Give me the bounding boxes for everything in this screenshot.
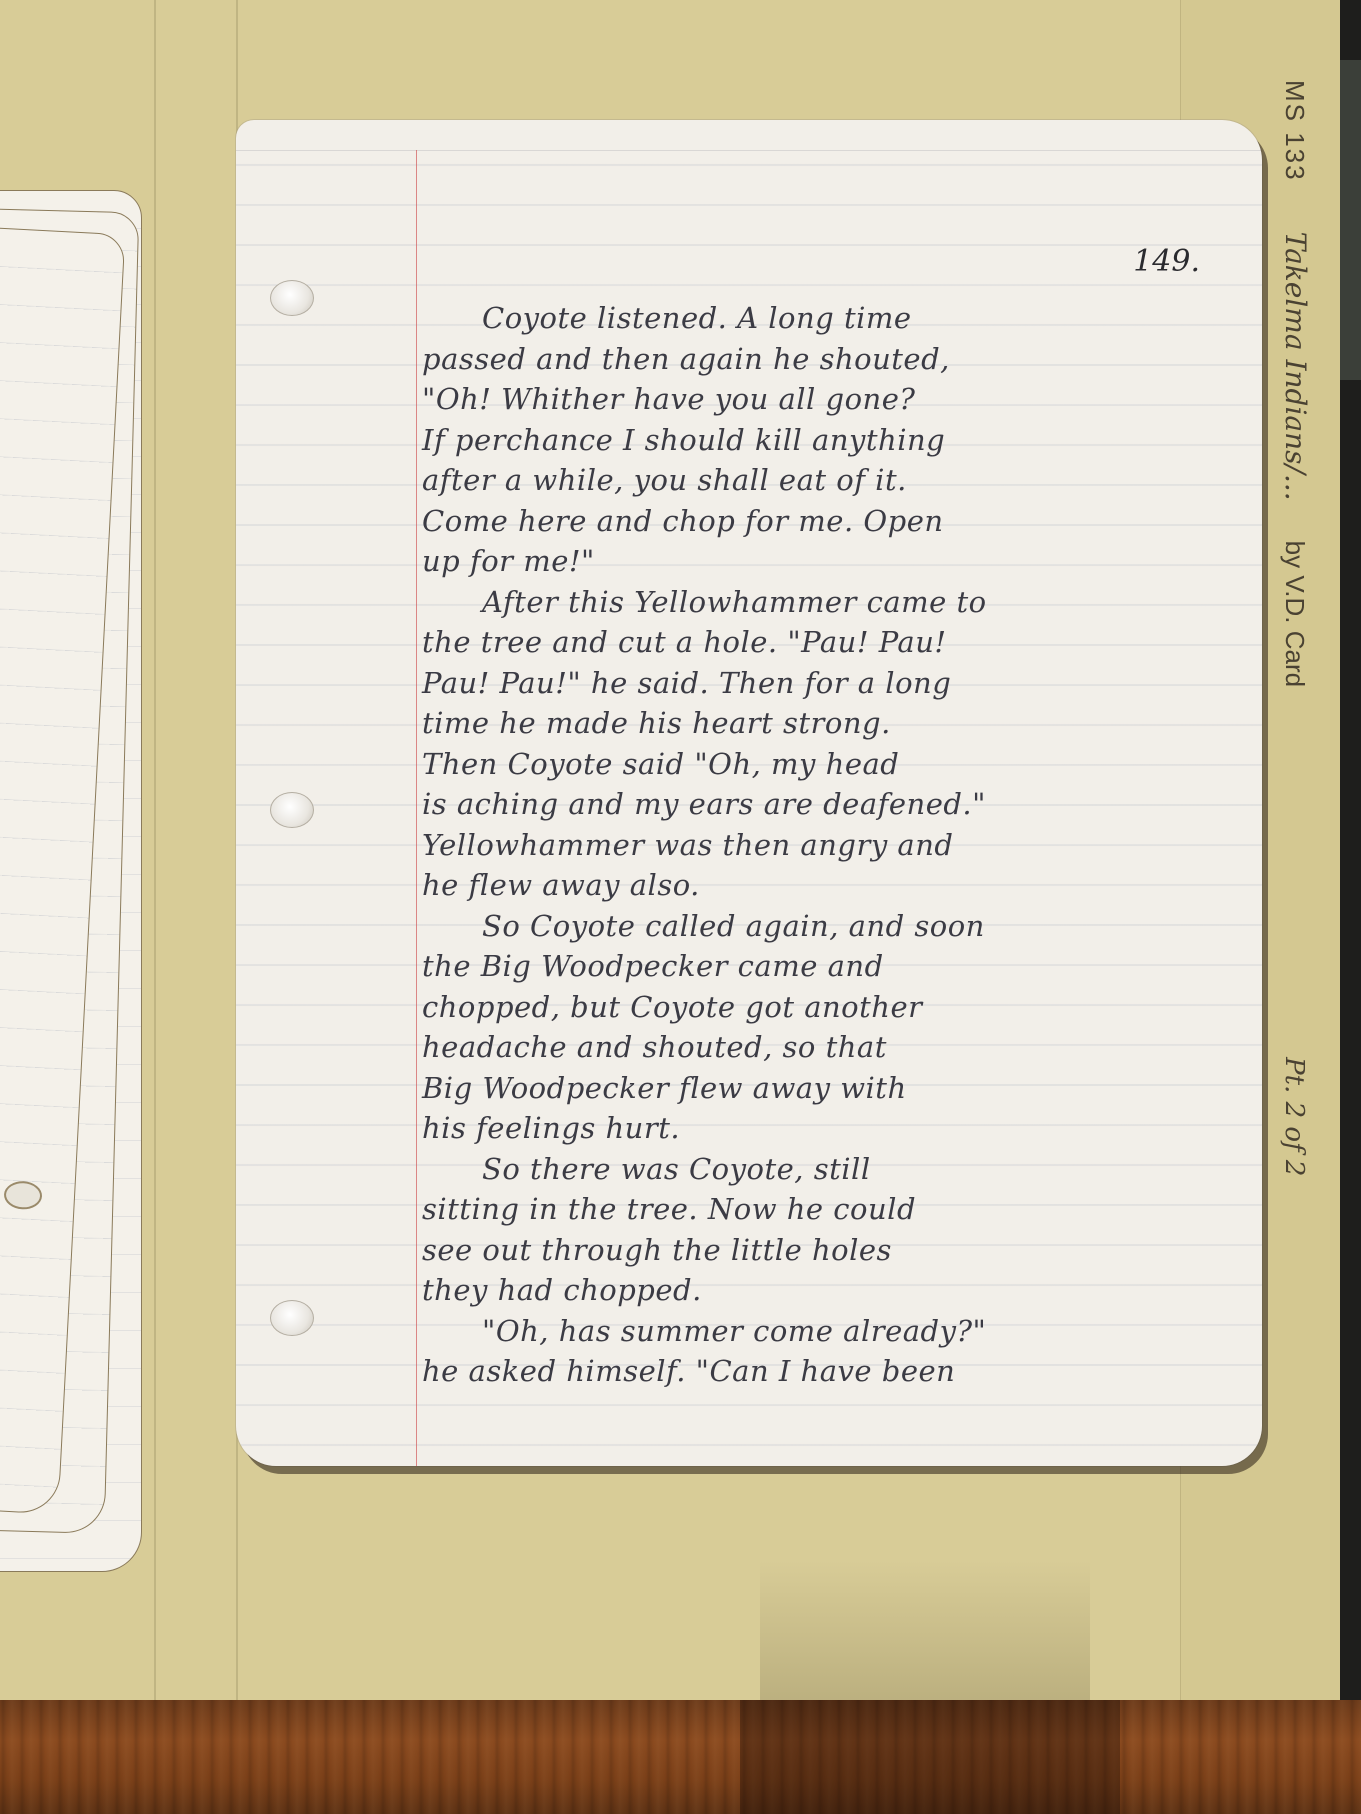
wooden-table xyxy=(0,1700,1361,1814)
text-line: see out through the little holes xyxy=(422,1230,1232,1271)
text-line: "Oh, has summer come already?" xyxy=(422,1311,1232,1352)
shadow xyxy=(740,1700,1120,1814)
text-line: up for me!" xyxy=(422,541,1232,582)
punch-hole xyxy=(3,1180,42,1210)
punch-hole xyxy=(270,280,314,316)
text-line: his feelings hurt. xyxy=(422,1108,1232,1149)
text-line: they had chopped. xyxy=(422,1270,1232,1311)
folder-part: Pt. 2 of 2 xyxy=(1279,1057,1309,1176)
punch-hole xyxy=(270,1300,314,1336)
text-line: is aching and my ears are deafened." xyxy=(422,784,1232,825)
text-line: he asked himself. "Can I have been xyxy=(422,1351,1232,1392)
text-line: Big Woodpecker flew away with xyxy=(422,1068,1232,1109)
margin-rule xyxy=(416,150,417,1466)
punch-hole xyxy=(270,792,314,828)
text-line: the Big Woodpecker came and xyxy=(422,946,1232,987)
text-line: If perchance I should kill anything xyxy=(422,420,1232,461)
background-dark xyxy=(1340,0,1361,1700)
text-line: chopped, but Coyote got another xyxy=(422,987,1232,1028)
text-line: Yellowhammer was then angry and xyxy=(422,825,1232,866)
text-line: passed and then again he shouted, xyxy=(422,339,1232,380)
text-line: sitting in the tree. Now he could xyxy=(422,1189,1232,1230)
folder-author: by V.D. Card xyxy=(1280,541,1310,687)
header-rule xyxy=(236,150,1262,151)
text-line: So there was Coyote, still xyxy=(422,1149,1232,1190)
handwritten-text: Coyote listened. A long time passed and … xyxy=(422,298,1232,1392)
collection-id: MS 133 xyxy=(1280,80,1310,182)
text-line: After this Yellowhammer came to xyxy=(422,582,1232,623)
folder-title: Takelma Indians/... xyxy=(1279,232,1312,501)
page-number: 149. xyxy=(1133,244,1200,279)
text-line: time he made his heart strong. xyxy=(422,703,1232,744)
folder-crease xyxy=(154,0,156,1700)
text-line: he flew away also. xyxy=(422,865,1232,906)
stacked-pages xyxy=(0,170,150,1550)
text-line: Come here and chop for me. Open xyxy=(422,501,1232,542)
text-line: headache and shouted, so that xyxy=(422,1027,1232,1068)
text-line: after a while, you shall eat of it. xyxy=(422,460,1232,501)
text-line: Coyote listened. A long time xyxy=(422,298,1232,339)
text-line: Then Coyote said "Oh, my head xyxy=(422,744,1232,785)
text-line: "Oh! Whither have you all gone? xyxy=(422,379,1232,420)
shadow xyxy=(760,1560,1090,1700)
folder-label: MS 133Takelma Indians/...by V.D. CardPt.… xyxy=(1279,80,1312,1176)
text-line: the tree and cut a hole. "Pau! Pau! xyxy=(422,622,1232,663)
text-line: So Coyote called again, and soon xyxy=(422,906,1232,947)
text-line: Pau! Pau!" he said. Then for a long xyxy=(422,663,1232,704)
manuscript-page: 149. Coyote listened. A long time passed… xyxy=(236,120,1262,1466)
